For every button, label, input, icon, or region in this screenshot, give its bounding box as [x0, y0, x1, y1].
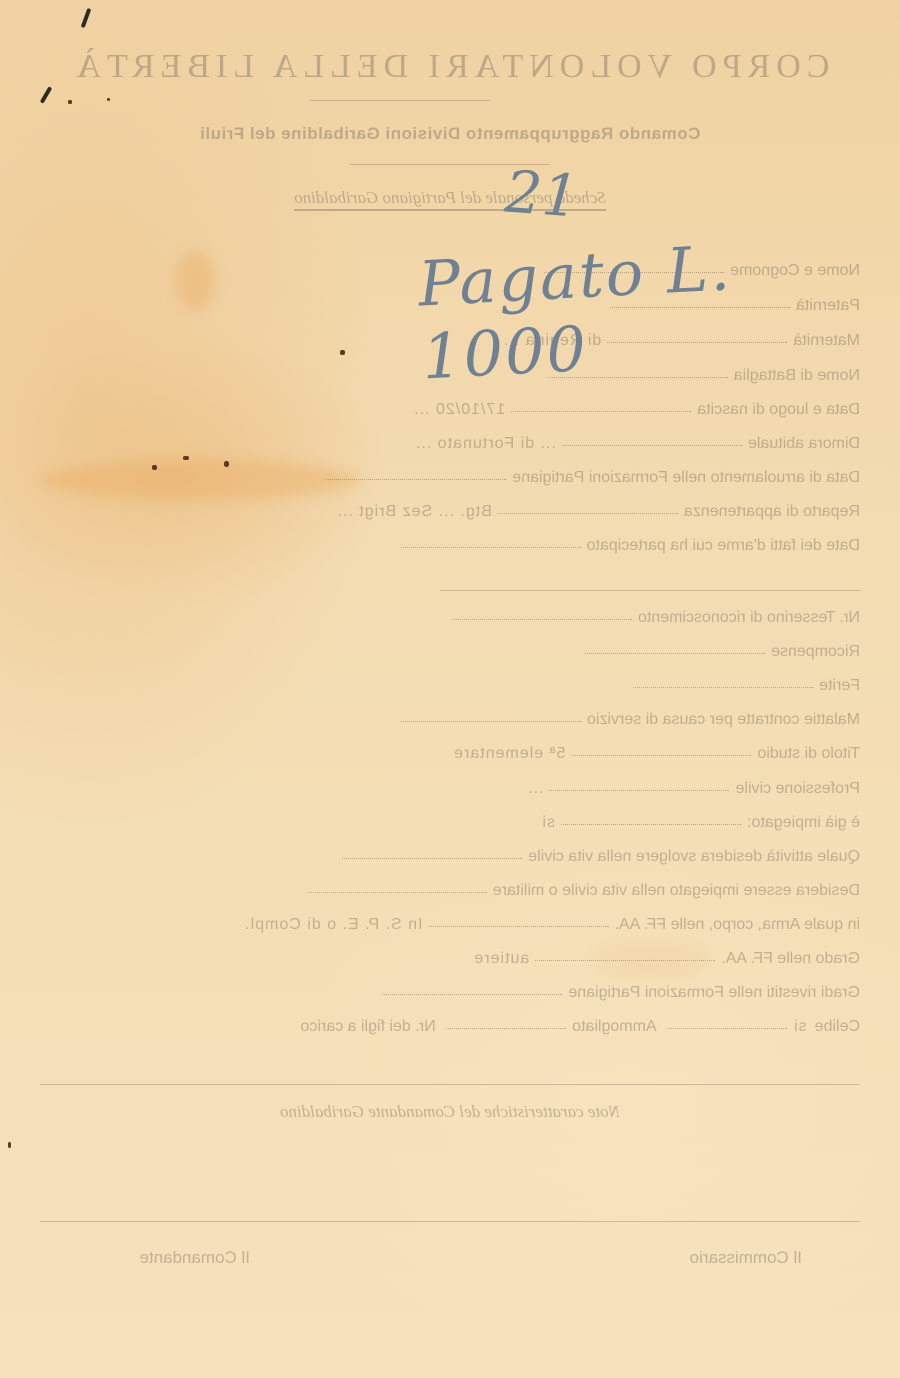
- field-row: Nr. Tesserino di riconoscimento: [40, 609, 860, 627]
- field-row: Data di arruolamento nelle Formazioni Pa…: [40, 469, 860, 487]
- divider: [310, 100, 490, 101]
- field-row: Malattie contratte per causa di servizio: [40, 711, 860, 729]
- field-row: Data e luogo di nascita17/10/20 ...: [40, 401, 860, 419]
- notes-label: Note caratteristiche del Comandante Gari…: [0, 1102, 900, 1122]
- field-row: Quale attività desidera svolgere nella v…: [40, 848, 860, 866]
- field-row: Date dei fatti d'arme cui ha partecipato: [40, 537, 860, 555]
- handwritten-paid-note: Pagato L. 1000: [417, 223, 900, 394]
- field-row: Reparto di appartenenzaBtg. ... Sez Brig…: [40, 503, 860, 521]
- field-row: Dimora abituale... di Fortunato ...: [40, 435, 860, 453]
- field-row: Celibesi Ammogliato Nr. dei figli a cari…: [40, 1018, 860, 1036]
- form-title: CORPO VOLONTARI DELLA LIBERTÀ: [0, 48, 900, 86]
- field-row: Gradi rivestiti nelle Formazioni Partigi…: [40, 984, 860, 1002]
- divider: [40, 1221, 860, 1222]
- field-row: Desidera essere impiegato nella vita civ…: [40, 882, 860, 900]
- field-row: Ricompense: [40, 643, 860, 661]
- field-row: Titolo di studio5ª elementare: [40, 745, 860, 763]
- field-row: Grado nelle FF. AA.autiere: [40, 950, 860, 968]
- divider: [40, 1084, 860, 1085]
- form-subtitle: Comando Raggruppamento Divisioni Garibal…: [0, 124, 900, 144]
- show-through-text-layer: CORPO VOLONTARI DELLA LIBERTÀ Comando Ra…: [0, 0, 900, 1378]
- field-row: è già impiegato:si: [40, 814, 860, 832]
- signature-comandante: Il Comandante: [139, 1248, 250, 1268]
- divider: [440, 590, 860, 591]
- handwritten-number: 21: [503, 158, 581, 231]
- field-row: Professione civile...: [40, 780, 860, 798]
- signature-commissario: Il Commissario: [690, 1248, 802, 1268]
- field-row: Ferite: [40, 677, 860, 695]
- form-schedule-title: Scheda personale del Partigiano Garibald…: [0, 188, 900, 208]
- field-row: in quale Arma, corpo, nelle FF. AA.In S.…: [40, 916, 860, 934]
